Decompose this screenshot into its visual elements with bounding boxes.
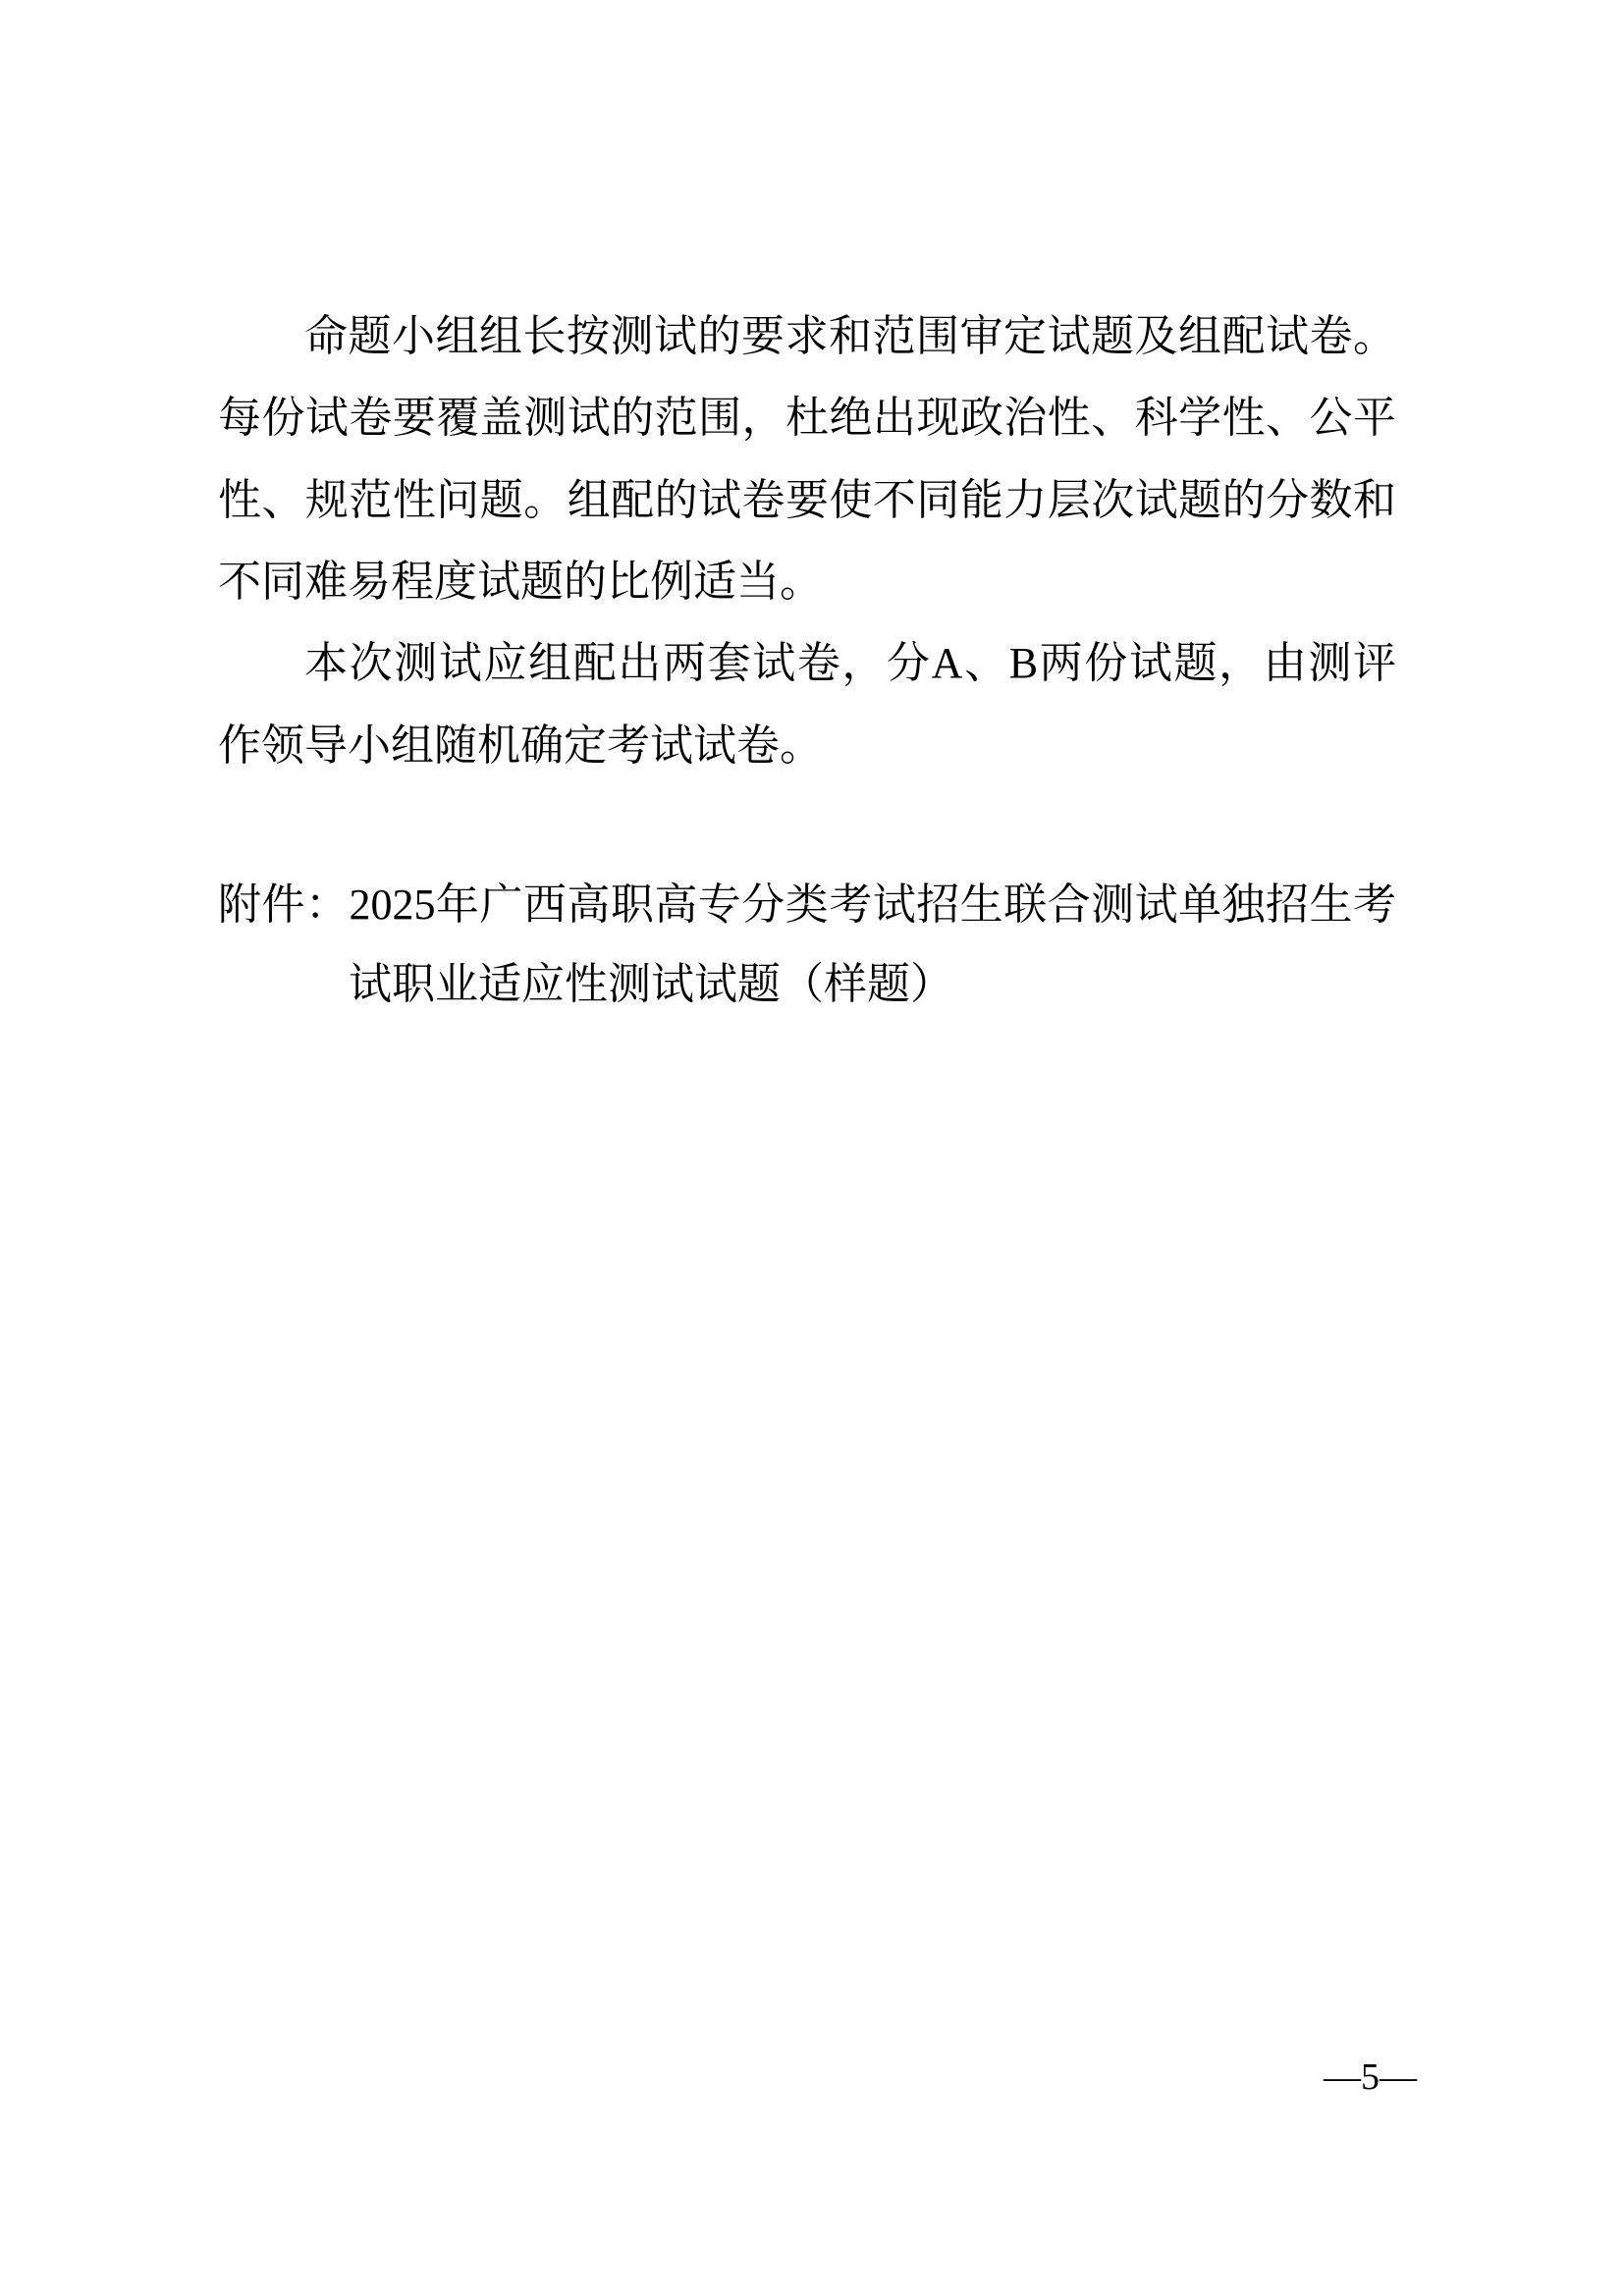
paragraph-1-line-4: 不同难易程度试题的比例适当。 xyxy=(218,553,823,612)
document-page: 命题小组组长按测试的要求和范围审定试题及组配试卷。 每份试卷要覆盖测试的范围，杜… xyxy=(0,0,1624,2296)
attachment-line-1: 附件：2025年广西高职高专分类考试招生联合测试单独招生考 xyxy=(218,876,1396,934)
attachment-line-2: 试职业适应性测试试题（样题） xyxy=(349,955,953,1014)
paragraph-1-line-3: 性、规范性问题。组配的试卷要使不同能力层次试题的分数和 xyxy=(218,471,1396,530)
paragraph-1-line-1: 命题小组组长按测试的要求和范围审定试题及组配试卷。 xyxy=(304,307,1396,366)
paragraph-2-line-1: 本次测试应组配出两套试卷，分A、B两份试题，由测评工 xyxy=(304,634,1396,693)
document-body: { "page": { "background_color": "#ffffff… xyxy=(0,0,1624,2296)
paragraph-2-line-2: 作领导小组随机确定考试试卷。 xyxy=(218,717,823,775)
page-number: —5— xyxy=(1324,2056,1417,2099)
paragraph-1-line-2: 每份试卷要覆盖测试的范围，杜绝出现政治性、科学性、公平 xyxy=(218,389,1396,448)
